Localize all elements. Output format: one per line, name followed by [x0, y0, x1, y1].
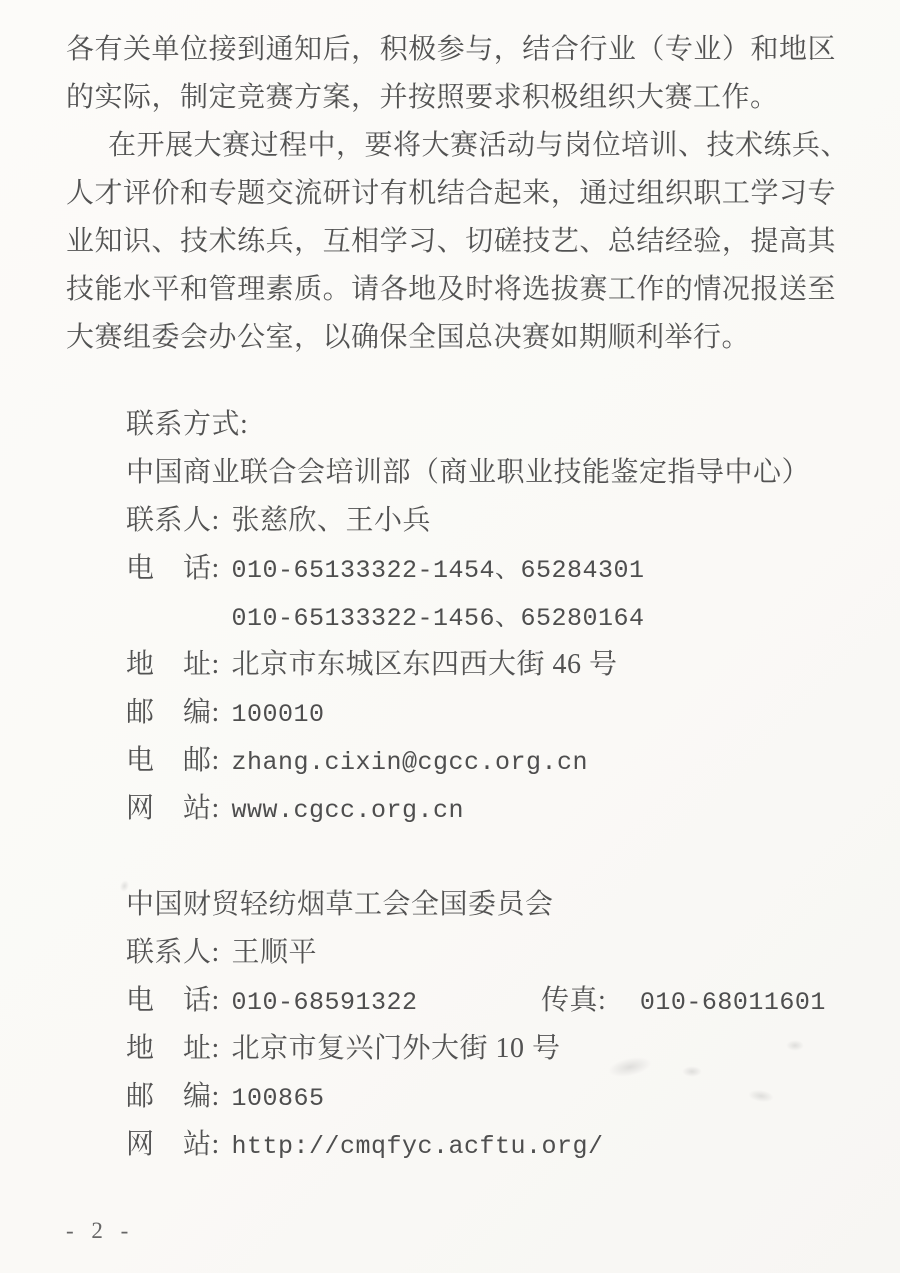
address-value: 北京市复兴门外大街 10 号 [232, 1033, 561, 1064]
address-label: 地 址: [126, 1025, 224, 1073]
contact-person-value: 王顺平 [232, 937, 318, 968]
phone-value: 010-68591322 [232, 988, 418, 1017]
body-line: 大赛组委会办公室，以确保全国总决赛如期顺利举行。 [66, 314, 836, 362]
website-row: 网 站: http://cmqfyc.acftu.org/ [126, 1121, 842, 1169]
phone-fax-row: 电 话: 010-68591322 传真: 010-68011601 [126, 977, 842, 1025]
website-row: 网 站: www.cgcc.org.cn [126, 785, 842, 833]
address-row: 地 址: 北京市复兴门外大街 10 号 [126, 1025, 842, 1073]
organization-name: 中国财贸轻纺烟草工会全国委员会 [126, 881, 842, 929]
notice-body: 各有关单位接到通知后，积极参与，结合行业（专业）和地区 的实际，制定竞赛方案，并… [0, 0, 900, 362]
postcode-label: 邮 编: [126, 689, 224, 737]
address-row: 地 址: 北京市东城区东四西大街 46 号 [126, 641, 842, 689]
postcode-value: 100865 [232, 1084, 325, 1113]
phone-label: 电 话: [126, 545, 224, 593]
website-value: www.cgcc.org.cn [232, 796, 465, 825]
scanned-notice-page: 各有关单位接到通知后，积极参与，结合行业（专业）和地区 的实际，制定竞赛方案，并… [0, 0, 900, 1273]
postcode-label: 邮 编: [126, 1073, 224, 1121]
phone-row: 电 话: 010-65133322-1454、65284301 [126, 545, 842, 593]
contact-person-label: 联系人: [126, 497, 224, 545]
email-label: 电 邮: [126, 737, 224, 785]
address-label: 地 址: [126, 641, 224, 689]
body-line: 技能水平和管理素质。请各地及时将选拔赛工作的情况报送至 [66, 266, 836, 314]
postcode-value: 100010 [232, 700, 325, 729]
contact-person-row: 联系人: 王顺平 [126, 929, 842, 977]
body-line: 人才评价和专题交流研讨有机结合起来，通过组织职工学习专 [66, 170, 836, 218]
postcode-row: 邮 编: 100010 [126, 689, 842, 737]
phone-row-continued: 010-65133322-1456、65280164 [126, 593, 842, 641]
email-row: 电 邮: zhang.cixin@cgcc.org.cn [126, 737, 842, 785]
page-number: - 2 - [66, 1218, 134, 1244]
website-label: 网 站: [126, 1121, 224, 1169]
address-value: 北京市东城区东四西大街 46 号 [232, 649, 618, 680]
phone-value: 010-65133322-1454、65284301 [232, 556, 645, 585]
fax-label: 传真: [541, 985, 606, 1016]
email-value: zhang.cixin@cgcc.org.cn [232, 748, 589, 777]
contact-person-value: 张慈欣、王小兵 [232, 505, 432, 536]
body-line: 的实际，制定竞赛方案，并按照要求积极组织大赛工作。 [66, 74, 836, 122]
body-line: 各有关单位接到通知后，积极参与，结合行业（专业）和地区 [66, 26, 836, 74]
phone-value: 010-65133322-1456、65280164 [232, 604, 645, 633]
contact-person-label: 联系人: [126, 929, 224, 977]
fax-value: 010-68011601 [640, 988, 826, 1017]
body-line: 业知识、技术练兵，互相学习、切磋技艺、总结经验，提高其 [66, 218, 836, 266]
contact-methods-heading: 联系方式: [126, 401, 842, 449]
website-label: 网 站: [126, 785, 224, 833]
postcode-row: 邮 编: 100865 [126, 1073, 842, 1121]
organization-name: 中国商业联合会培训部（商业职业技能鉴定指导中心） [126, 449, 842, 497]
contact-info-block-1: 联系方式: 中国商业联合会培训部（商业职业技能鉴定指导中心） 联系人: 张慈欣、… [126, 401, 842, 833]
phone-label: 电 话: [126, 977, 224, 1025]
body-line: 在开展大赛过程中，要将大赛活动与岗位培训、技术练兵、 [66, 122, 836, 170]
website-value: http://cmqfyc.acftu.org/ [232, 1132, 604, 1161]
contact-person-row: 联系人: 张慈欣、王小兵 [126, 497, 842, 545]
contact-info-block-2: 中国财贸轻纺烟草工会全国委员会 联系人: 王顺平 电 话: 010-685913… [126, 881, 842, 1169]
